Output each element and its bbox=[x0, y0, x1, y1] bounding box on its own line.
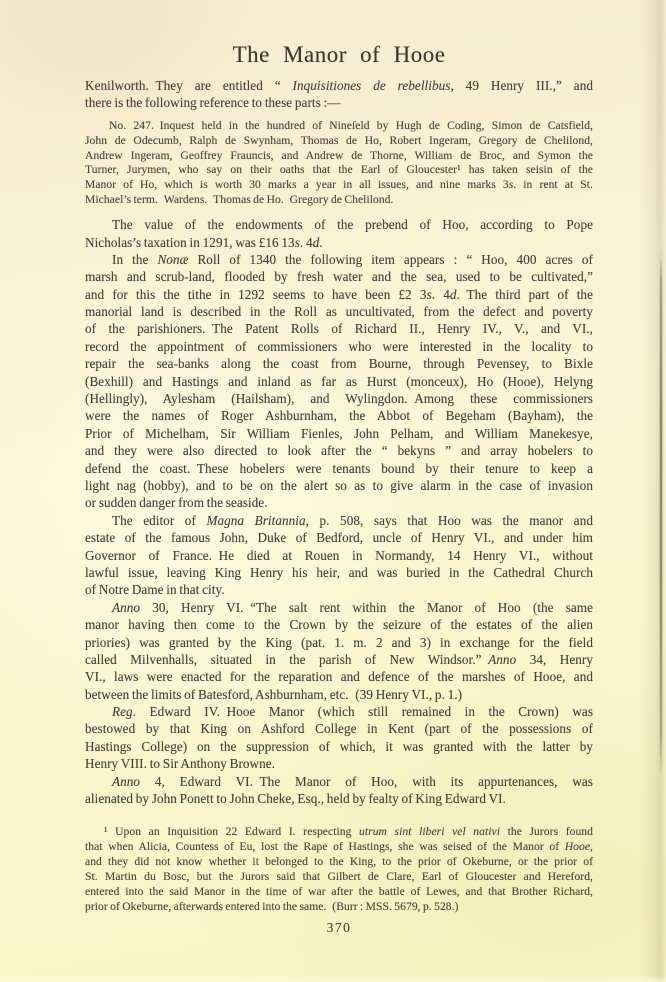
text-line: between the limits of Batesford, Ashburn… bbox=[85, 686, 593, 703]
text-line: Turner, Jurymen, who say on their oaths … bbox=[85, 163, 593, 178]
text-line: that when Alicia, Countess of Eu, lost t… bbox=[85, 840, 593, 855]
text-line: entered into the said Manor in the time … bbox=[85, 885, 593, 900]
page-number: 370 bbox=[85, 920, 593, 936]
text-line: called Milvenhalls, situated in the pari… bbox=[85, 651, 593, 668]
book-page-scan: The Manor of Hooe Kenilworth. They are e… bbox=[0, 0, 666, 982]
text-line: Michael’s term. Wardens. Thomas de Ho. G… bbox=[85, 193, 593, 208]
text-line: VI., laws were enacted for the reparatio… bbox=[85, 668, 593, 685]
text-line: alienated by John Ponett to John Cheke, … bbox=[85, 790, 593, 807]
text-line: of the parishioners. The Patent Rolls of… bbox=[85, 320, 593, 337]
paragraph: The value of the endowments of the prebe… bbox=[85, 216, 593, 251]
text-line: and they did not know whether it belonge… bbox=[85, 855, 593, 870]
text-line: ¹ Upon an Inquisition 22 Edward I. respe… bbox=[85, 825, 593, 840]
text-line: John de Odecumb, Ralph de Swynham, Thoma… bbox=[85, 134, 593, 149]
text-line: Andrew Ingeram, Geoffrey Frauncis, and A… bbox=[85, 149, 593, 164]
text-line: priories) was granted by the King (pat. … bbox=[85, 634, 593, 651]
text-line: manorial land is described in the Roll a… bbox=[85, 303, 593, 320]
text-line: Prior of Michelham, Sir William Fienles,… bbox=[85, 425, 593, 442]
footnote: ¹ Upon an Inquisition 22 Edward I. respe… bbox=[85, 825, 593, 914]
text-column: The Manor of Hooe Kenilworth. They are e… bbox=[85, 0, 593, 915]
paragraphs-container: Kenilworth. They are entitled “ Inquisit… bbox=[85, 77, 593, 915]
text-line: or sudden danger from the seaside. bbox=[85, 494, 593, 511]
text-line: estate of the famous John, Duke of Bedfo… bbox=[85, 529, 593, 546]
text-line: lawful issue, leaving King Henry his hei… bbox=[85, 564, 593, 581]
text-line: were the names of Roger Ashburnham, the … bbox=[85, 407, 593, 424]
text-line: record the appointment of commissioners … bbox=[85, 338, 593, 355]
text-line: of Notre Dame in that city. bbox=[85, 581, 593, 598]
text-line: Hastings College) on the suppression of … bbox=[85, 738, 593, 755]
text-line: Henry VIII. to Sir Anthony Browne. bbox=[85, 755, 593, 772]
text-line: Anno 4, Edward VI. The Manor of Hoo, wit… bbox=[85, 773, 593, 790]
text-line: defend the coast. These hobelers were te… bbox=[85, 460, 593, 477]
text-line: manor having then come to the Crown by t… bbox=[85, 616, 593, 633]
text-line: Kenilworth. They are entitled “ Inquisit… bbox=[85, 77, 593, 94]
right-gutter-shadow bbox=[640, 0, 666, 982]
text-line: Reg. Edward IV. Hooe Manor (which still … bbox=[85, 703, 593, 720]
paragraph: Reg. Edward IV. Hooe Manor (which still … bbox=[85, 703, 593, 773]
paragraph: The editor of Magna Britannia, p. 508, s… bbox=[85, 512, 593, 599]
text-line: and they were also directed to look afte… bbox=[85, 442, 593, 459]
text-line: No. 247. Inquest held in the hundred of … bbox=[85, 119, 593, 134]
text-line: marsh and scrub-land, flooded by fresh w… bbox=[85, 268, 593, 285]
text-line: The value of the endowments of the prebe… bbox=[85, 216, 593, 233]
page-edge-line bbox=[660, 252, 662, 777]
blockquote: No. 247. Inquest held in the hundred of … bbox=[85, 119, 593, 208]
bottom-edge-highlight bbox=[0, 975, 666, 982]
text-line: Governor of France. He died at Rouen in … bbox=[85, 547, 593, 564]
text-line: Anno 30, Henry VI. “The salt rent within… bbox=[85, 599, 593, 616]
text-line: there is the following reference to thes… bbox=[85, 94, 593, 111]
text-line: In the Nonæ Roll of 1340 the following i… bbox=[85, 251, 593, 268]
paragraph: Anno 30, Henry VI. “The salt rent within… bbox=[85, 599, 593, 703]
text-line: light nag (hobby), and to be on the aler… bbox=[85, 477, 593, 494]
text-line: (Hellingly), Aylesham (Hailsham), and Wy… bbox=[85, 390, 593, 407]
paragraph: In the Nonæ Roll of 1340 the following i… bbox=[85, 251, 593, 512]
text-line: (Bexhill) and Hastings and inland as far… bbox=[85, 373, 593, 390]
text-line: Manor of Ho, which is worth 30 marks a y… bbox=[85, 178, 593, 193]
text-line: prior of Okeburne, afterwards entered in… bbox=[85, 900, 593, 915]
paragraph: Anno 4, Edward VI. The Manor of Hoo, wit… bbox=[85, 773, 593, 808]
page-title: The Manor of Hooe bbox=[85, 40, 593, 70]
text-line: bestowed by that King on Ashford College… bbox=[85, 720, 593, 737]
text-line: St. Martin du Bosc, but the Jurors said … bbox=[85, 870, 593, 885]
paragraph: Kenilworth. They are entitled “ Inquisit… bbox=[85, 77, 593, 112]
text-line: repair the sea-banks along the coast fro… bbox=[85, 355, 593, 372]
text-line: and for this the tithe in 1292 seems to … bbox=[85, 286, 593, 303]
text-line: Nicholas’s taxation in 1291, was £16 13s… bbox=[85, 234, 593, 251]
text-line: The editor of Magna Britannia, p. 508, s… bbox=[85, 512, 593, 529]
